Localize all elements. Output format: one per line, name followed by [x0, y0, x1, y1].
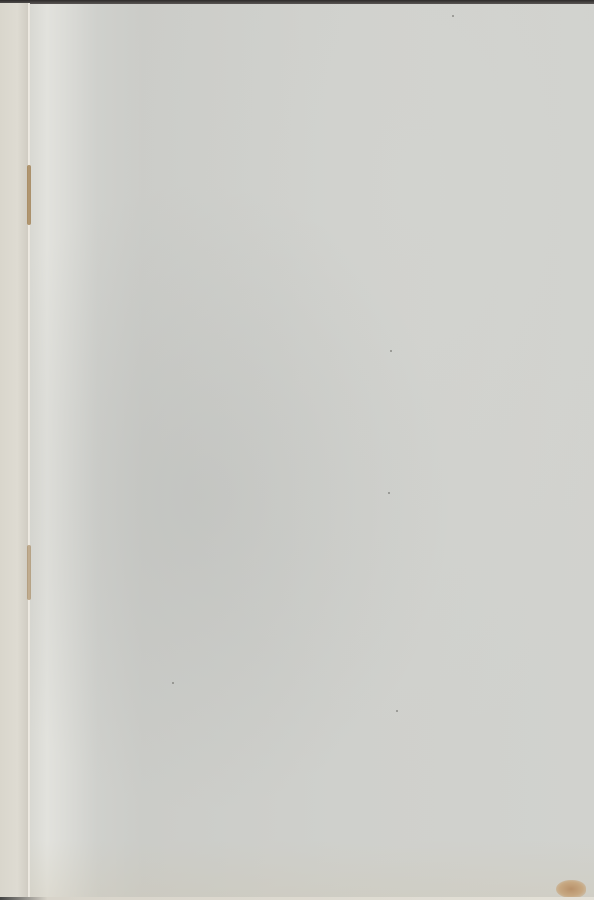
- paper-speck: [388, 492, 390, 494]
- paper-speck: [172, 682, 174, 684]
- paper-speck: [452, 15, 454, 17]
- scanned-page: [0, 0, 594, 900]
- left-gutter-flap: [0, 3, 30, 900]
- foxing-mark: [27, 545, 31, 600]
- paper-speck: [396, 710, 398, 712]
- paper-speck: [390, 350, 392, 352]
- foxing-mark: [27, 165, 31, 225]
- blank-page: [30, 4, 594, 900]
- corner-stain: [556, 880, 586, 898]
